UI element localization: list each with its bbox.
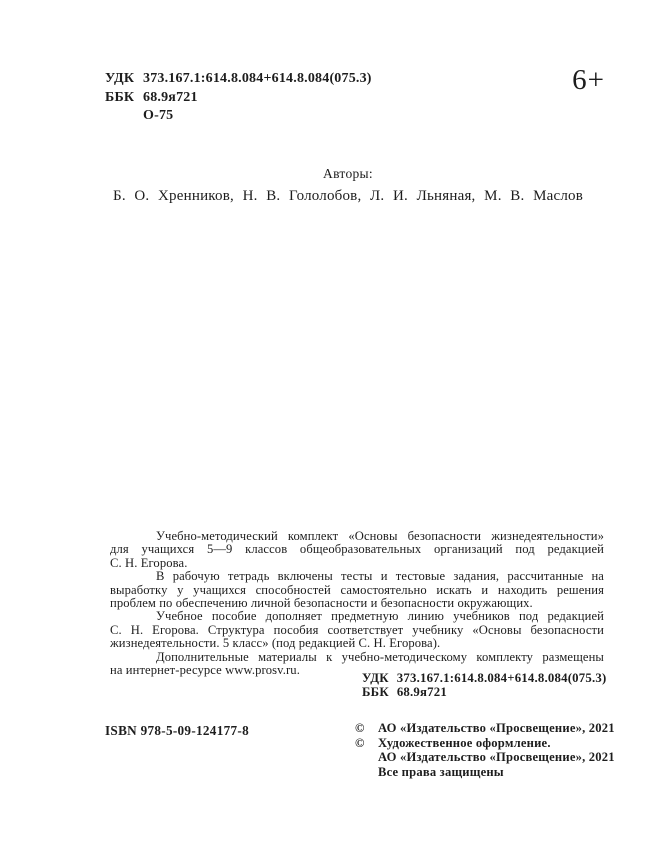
copyright-text: АО «Издательство «Просвещение», 2021: [378, 721, 615, 736]
bbk-label: ББК: [105, 89, 143, 108]
author-sign-row: О-75: [105, 107, 372, 126]
udk-label: УДК: [362, 671, 389, 685]
copyright-text: АО «Издательство «Просвещение», 2021: [378, 750, 615, 765]
udk-row: УДК373.167.1:614.8.084+614.8.084(075.3): [105, 70, 372, 89]
bbk-value: 68.9я721: [143, 90, 198, 105]
annotation-line: С. Н. Егорова.: [110, 557, 604, 570]
authors-names: Б. О. Хренников, Н. В. Гололобов, Л. И. …: [113, 188, 583, 205]
udk-value: 373.167.1:614.8.084+614.8.084(075.3): [143, 71, 372, 86]
authors-heading: Авторы:: [113, 166, 583, 182]
annotation-line: Учебно-методический комплект «Основы без…: [110, 530, 604, 543]
bbk-row: ББК68.9я721: [105, 89, 372, 108]
annotation-line: проблем по обеспечению личной безопаснос…: [110, 597, 604, 610]
bottom-codes-block: УДК373.167.1:614.8.084+614.8.084(075.3) …: [362, 671, 606, 700]
udk-bottom-row: УДК373.167.1:614.8.084+614.8.084(075.3): [362, 671, 606, 685]
top-codes-block: УДК373.167.1:614.8.084+614.8.084(075.3) …: [105, 70, 372, 126]
copyright-line: Все права защищены: [355, 765, 615, 780]
copyright-icon: ©: [355, 721, 378, 736]
annotation-block: Учебно-методический комплект «Основы без…: [110, 530, 604, 677]
annotation-line: выработку у учащихся способностей самост…: [110, 584, 604, 597]
author-sign: О-75: [143, 108, 173, 123]
copyright-icon: ©: [355, 736, 378, 751]
copyright-line: © АО «Издательство «Просвещение», 2021: [355, 721, 615, 736]
annotation-line: В рабочую тетрадь включены тесты и тесто…: [110, 570, 604, 583]
copyright-text: Все права защищены: [378, 765, 504, 780]
bbk-bottom-row: ББК68.9я721: [362, 685, 606, 699]
copyright-line: © Художественное оформление.: [355, 736, 615, 751]
annotation-line: для учащихся 5—9 классов общеобразовател…: [110, 543, 604, 556]
annotation-line: С. Н. Егорова. Структура пособия соответ…: [110, 624, 604, 637]
annotation-line: Учебное пособие дополняет предметную лин…: [110, 610, 604, 623]
imprint-page: УДК373.167.1:614.8.084+614.8.084(075.3) …: [0, 0, 650, 865]
copyright-text: Художественное оформление.: [378, 736, 551, 751]
authors-section: Авторы: Б. О. Хренников, Н. В. Гололобов…: [113, 166, 583, 205]
age-rating-badge: 6+: [572, 64, 605, 97]
isbn: ISBN 978-5-09-124177-8: [105, 723, 249, 739]
udk-label: УДК: [105, 70, 143, 89]
annotation-line: Дополнительные материалы к учебно-методи…: [110, 651, 604, 664]
copyright-line: АО «Издательство «Просвещение», 2021: [355, 750, 615, 765]
annotation-line: жизнедеятельности. 5 класс» (под редакци…: [110, 637, 604, 650]
bbk-value: 68.9я721: [397, 685, 447, 699]
bbk-label: ББК: [362, 685, 389, 699]
udk-value: 373.167.1:614.8.084+614.8.084(075.3): [397, 671, 607, 685]
copyright-block: © АО «Издательство «Просвещение», 2021 ©…: [355, 721, 615, 779]
